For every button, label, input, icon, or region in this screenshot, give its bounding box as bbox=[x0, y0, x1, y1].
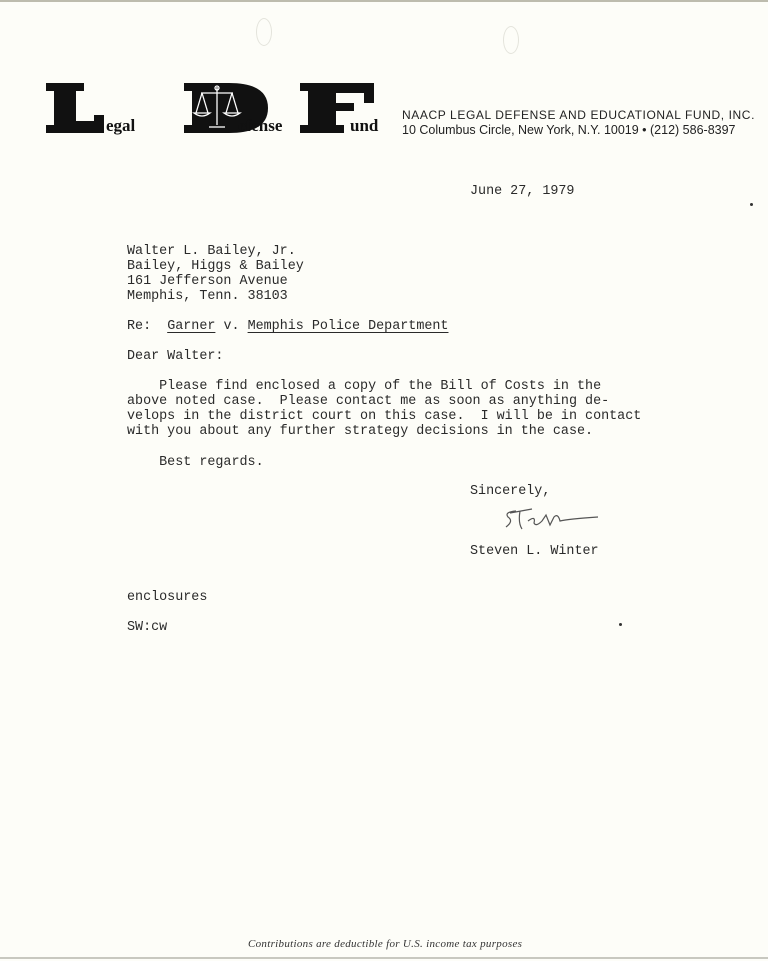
signer-name: Steven L. Winter bbox=[470, 544, 599, 559]
logo-word-defense: efense bbox=[238, 116, 282, 136]
page-top-edge bbox=[0, 0, 768, 2]
organization-address: 10 Columbus Circle, New York, N.Y. 10019… bbox=[402, 123, 736, 137]
case-party-2: Memphis Police Department bbox=[248, 319, 449, 334]
case-party-1: Garner bbox=[167, 319, 215, 334]
organization-name: NAACP LEGAL DEFENSE AND EDUCATIONAL FUND… bbox=[402, 108, 755, 122]
page-bottom-edge bbox=[0, 957, 768, 959]
best-regards: Best regards. bbox=[127, 455, 264, 470]
letter-date: June 27, 1979 bbox=[470, 184, 574, 199]
enclosures-note: enclosures bbox=[127, 590, 207, 605]
punch-hole-mark bbox=[503, 26, 519, 54]
logo-word-legal: egal bbox=[106, 116, 135, 136]
body-line: Please find enclosed a copy of the Bill … bbox=[127, 379, 601, 394]
recipient-line: Memphis, Tenn. 38103 bbox=[127, 289, 288, 304]
body-line: with you about any further strategy deci… bbox=[127, 424, 593, 439]
salutation: Dear Walter: bbox=[127, 349, 223, 364]
ldf-logo-graphic bbox=[44, 77, 389, 139]
punch-hole-mark bbox=[256, 18, 272, 46]
handwritten-signature bbox=[498, 503, 608, 537]
recipient-line: Bailey, Higgs & Bailey bbox=[127, 259, 304, 274]
body-line: velops in the district court on this cas… bbox=[127, 409, 641, 424]
typist-initials: SW:cw bbox=[127, 620, 167, 635]
footer-tax-note: Contributions are deductible for U.S. in… bbox=[248, 938, 522, 950]
recipient-line: Walter L. Bailey, Jr. bbox=[127, 244, 296, 259]
recipient-line: 161 Jefferson Avenue bbox=[127, 274, 288, 289]
paper-speck bbox=[750, 203, 753, 206]
body-line: above noted case. Please contact me as s… bbox=[127, 394, 609, 409]
case-versus: v. bbox=[223, 319, 239, 334]
closing: Sincerely, bbox=[470, 484, 550, 499]
paper-speck bbox=[619, 623, 622, 626]
logo-word-fund: und bbox=[350, 116, 378, 136]
re-line: Re: Garner v. Memphis Police Department bbox=[127, 319, 448, 334]
ldf-logo: egal efense und bbox=[44, 77, 384, 137]
re-label: Re: bbox=[127, 319, 151, 334]
